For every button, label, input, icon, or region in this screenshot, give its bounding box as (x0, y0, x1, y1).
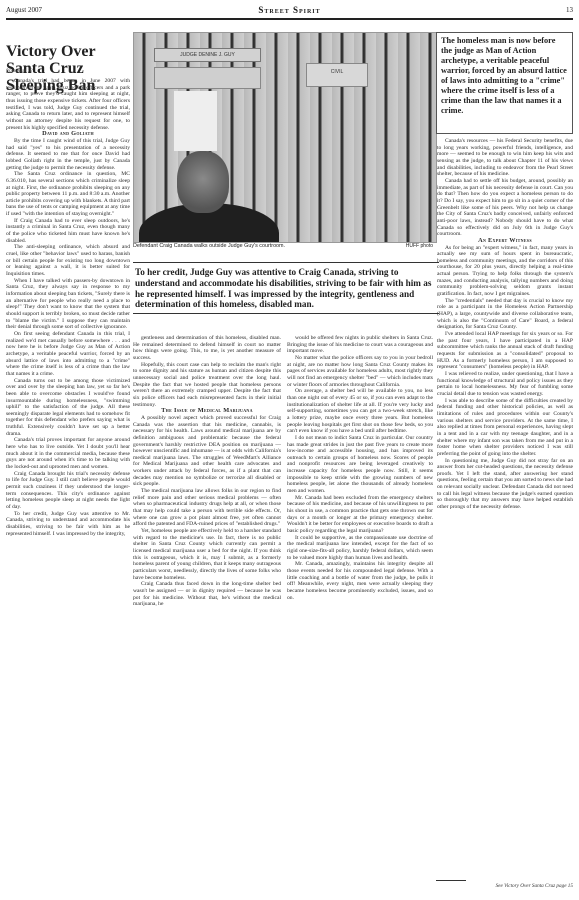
article-paragraph: I was able to describe some of the diffi… (437, 398, 573, 458)
pullquote-middle: To her credit, Judge Guy was attentive t… (133, 262, 439, 314)
article-paragraph: would be offered few nights in public sh… (287, 335, 433, 355)
jump-rule (436, 880, 466, 881)
article-paragraph: gentleness and determination of this hom… (133, 335, 281, 362)
section-subhead: An Expert Witness (437, 238, 573, 245)
article-paragraph: Craig Canada thus faced down in the long… (133, 581, 281, 608)
article-column-4: Canada's resources — his Federal Securit… (437, 138, 573, 880)
page-number: 13 (566, 6, 573, 14)
article-paragraph: Yet, homeless people are effectively hel… (133, 528, 281, 581)
door-window (174, 91, 217, 151)
article-paragraph: The anti-sleeping ordinance, which absur… (6, 244, 130, 277)
article-paragraph: On average, a shelter bed will be availa… (287, 388, 433, 435)
judge-name-sign: JUDGE DENINE J. GUY (154, 48, 261, 62)
section-subhead: The Issue of Medical Marijuana (133, 408, 281, 415)
article-paragraph: Canada's trial proves important for anyo… (6, 437, 130, 470)
jump-to-text: See Victory Over Santa Cruz page 15 (496, 883, 573, 889)
article-paragraph: Canada turns out to be among those victi… (6, 378, 130, 438)
article-paragraph: I've attended local HAP meetings for six… (437, 331, 573, 371)
section-subhead: David and Goliath (6, 131, 130, 138)
article-paragraph: In questioning me, Judge Guy did not str… (437, 458, 573, 511)
caption-text: Defendant Craig Canada walks outside Jud… (133, 243, 285, 249)
header-rule (6, 18, 573, 20)
article-paragraph: Hopefully, this court case can help to r… (133, 362, 281, 409)
article-paragraph: Mr. Canada had been excluded from the em… (287, 495, 433, 535)
person-head (177, 151, 229, 213)
article-paragraph: Craig Canada brought his trial's necessi… (6, 471, 130, 511)
article-paragraph: I was relieved to realize, under questio… (437, 371, 573, 398)
article-paragraph: By the time I caught wind of this trial,… (6, 138, 130, 171)
article-paragraph: Canada's resources — his Federal Securit… (437, 138, 573, 178)
article-paragraph: A possibly novel aspect which proved suc… (133, 415, 281, 488)
article-paragraph: Canada's trial had begun in June 2007 wi… (6, 78, 130, 131)
article-paragraph: I do not mean to indict Santa Cruz in pa… (287, 435, 433, 495)
article-paragraph: To her credit, Judge Guy was attentive t… (6, 511, 130, 538)
article-paragraph: As for being an "expert witness," in fac… (437, 245, 573, 298)
pullquote-top-right: The homeless man is now before the judge… (436, 32, 573, 134)
article-column-2: gentleness and determination of this hom… (133, 335, 281, 895)
photo-caption: Defendant Craig Canada walks outside Jud… (133, 243, 435, 249)
photo-credit: HUFF photo (406, 243, 433, 249)
article-column-3: would be offered few nights in public sh… (287, 335, 433, 895)
article-column-1: Canada's trial had begun in June 2007 wi… (6, 78, 130, 898)
article-paragraph: The medical marijuana law allows folks i… (133, 488, 281, 528)
article-paragraph: When I have talked with passers-by downt… (6, 278, 130, 331)
article-paragraph: It could be supportive, as the compassio… (287, 535, 433, 562)
article-photo: JUDGE DENINE J. GUY CIVIL (133, 32, 437, 243)
article-paragraph: Canada had to settle off his budget, aro… (437, 178, 573, 238)
article-paragraph: On first seeing defendant Canada in this… (6, 331, 130, 378)
jump-from-note: from page 12 (6, 69, 32, 74)
page-header: August 2007 Street Spirit 13 (6, 4, 573, 18)
article-paragraph: The Santa Cruz ordinance in question, MC… (6, 171, 130, 218)
masthead: Street Spirit (6, 5, 573, 15)
jump-to-note: See Victory Over Santa Cruz page 15 (436, 883, 573, 889)
article-paragraph: Mr. Canada, amazingly, maintains his int… (287, 561, 433, 601)
civil-sign: CIVIL (306, 63, 368, 87)
article-paragraph: If Craig Canada had to ever sleep outdoo… (6, 218, 130, 245)
sign-plate (154, 67, 261, 89)
article-paragraph: No matter what the police officers say t… (287, 355, 433, 388)
article-paragraph: The "credentials" needed that day is cru… (437, 298, 573, 331)
